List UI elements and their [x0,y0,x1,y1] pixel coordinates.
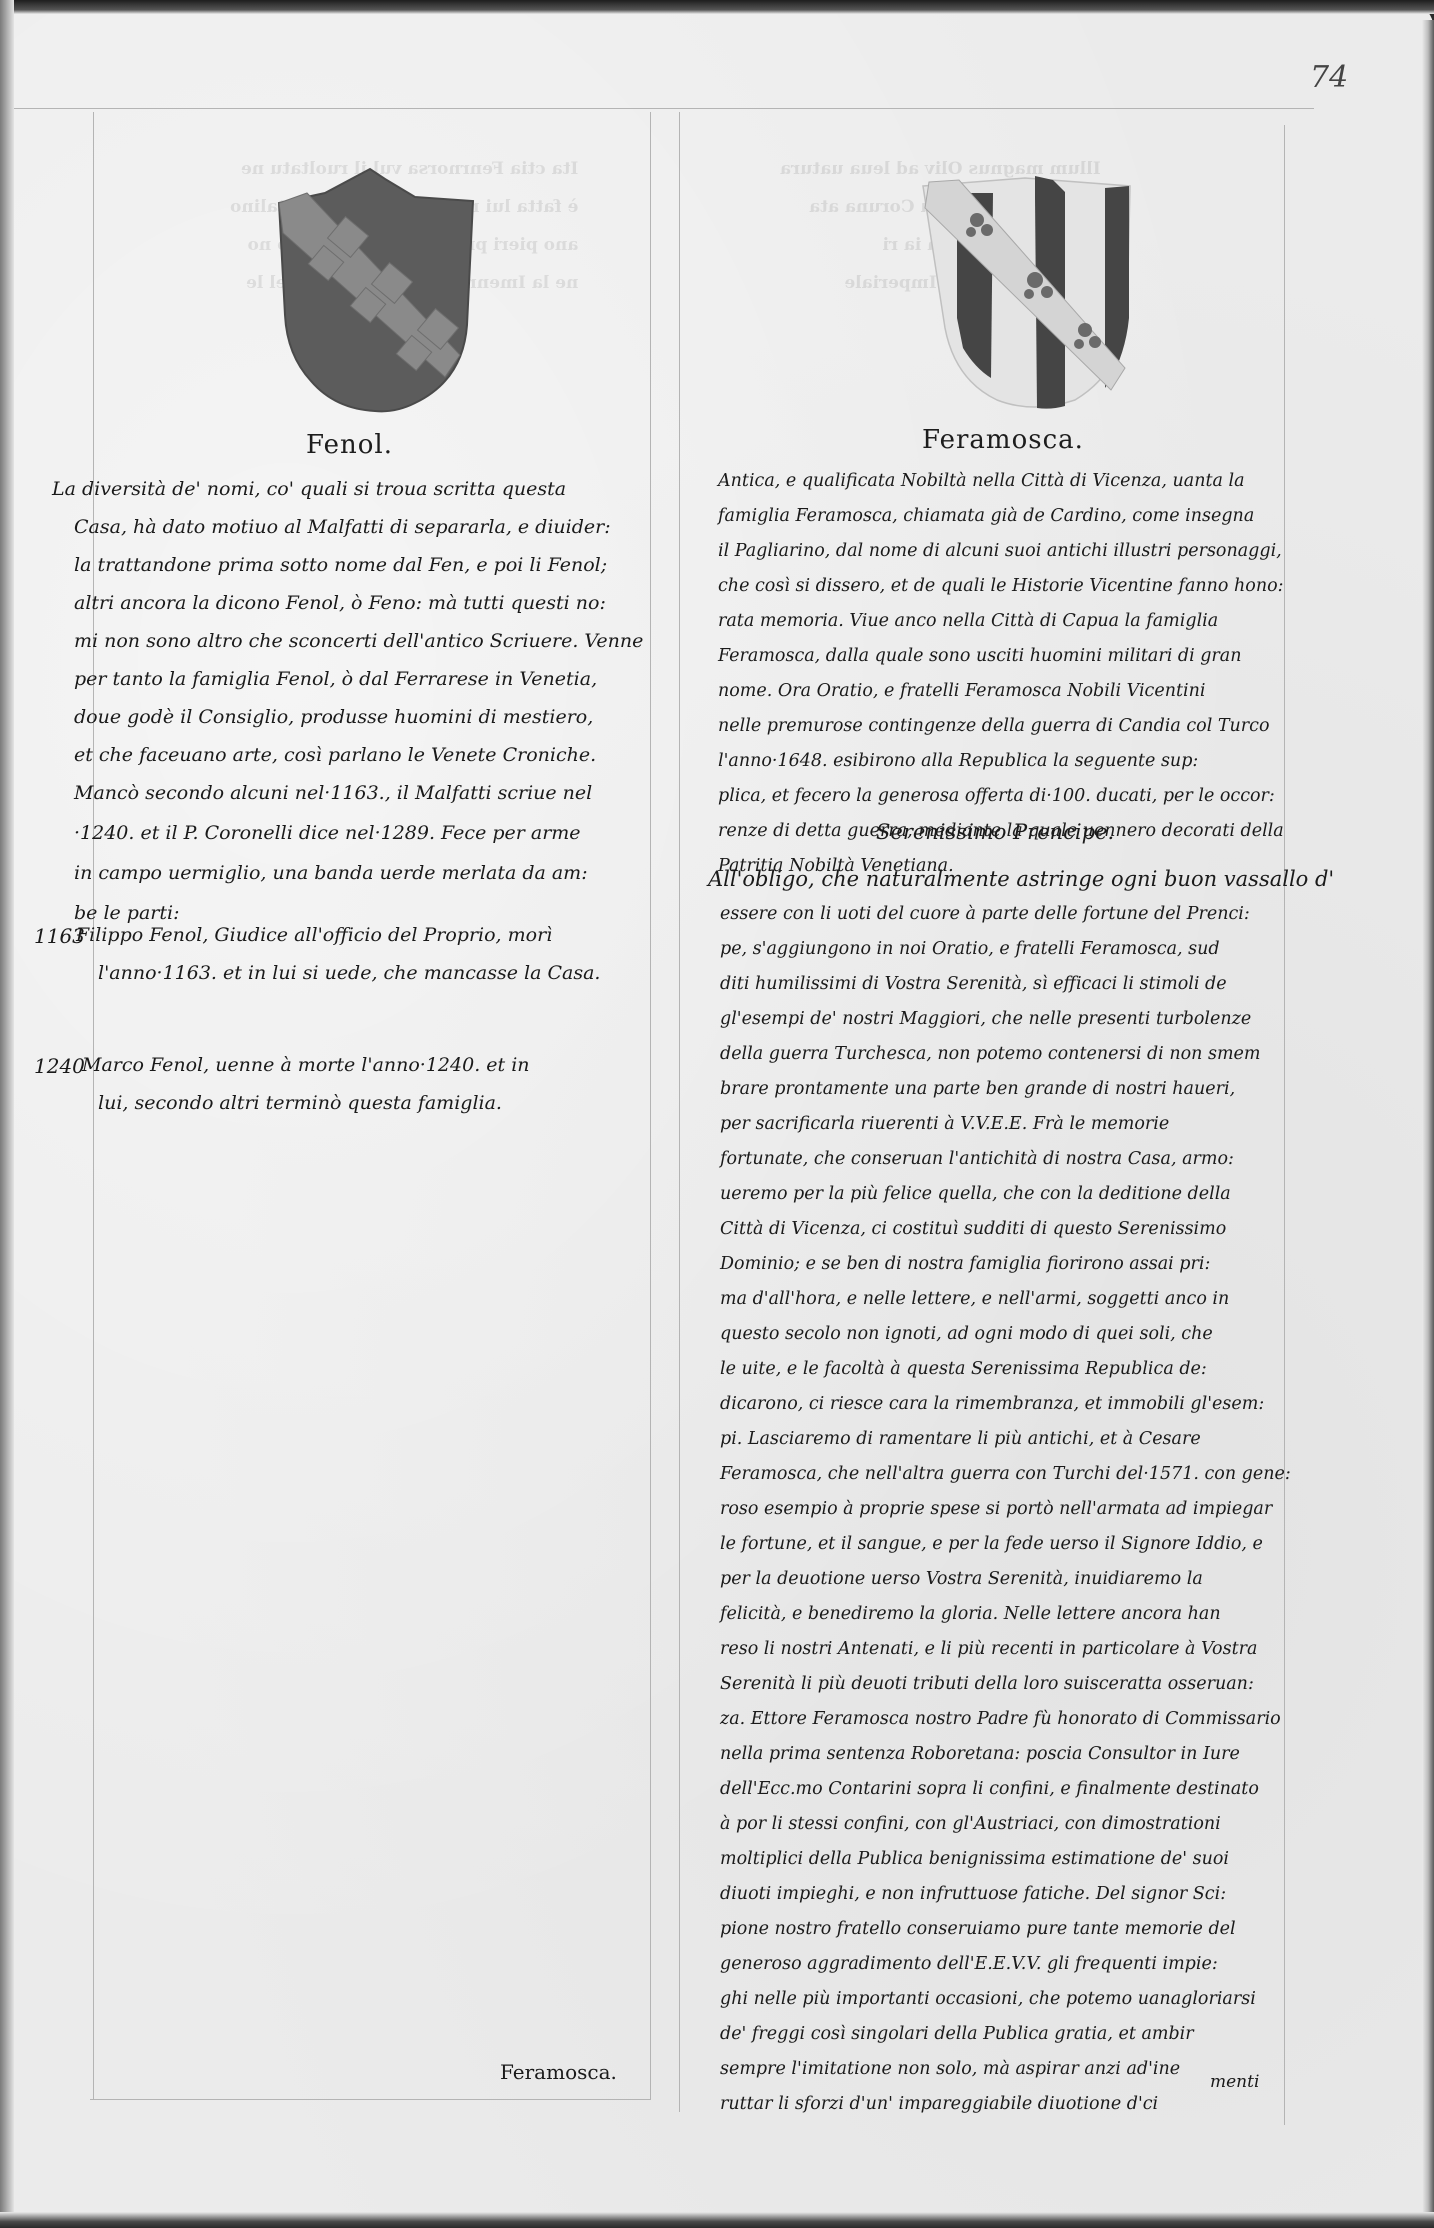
left-column-bottom-rule [90,2099,650,2100]
text-line: ruttar li sforzi d'un' impareggiabile di… [708,2087,1334,2122]
text-line: per sacrificarla riuerenti à V.V.E.E. Fr… [708,1107,1334,1142]
entry-marco-fenol: Marco Fenol, uenne à morte l'anno·1240. … [82,1046,530,1122]
text-line: Serenità li più deuoti tributi della lor… [708,1667,1334,1702]
text-line: La diversità de' nomi, co' quali si trou… [52,470,643,508]
feramosca-coat-of-arms-icon [915,168,1145,413]
catchword-left: Feramosca. [500,2060,617,2084]
text-line: Marco Fenol, uenne à morte l'anno·1240. … [82,1046,530,1084]
top-rule [14,108,1314,109]
text-line: Mancò secondo alcuni nel·1163., il Malfa… [52,774,643,814]
text-line: altri ancora la dicono Fenol, ò Feno: mà… [52,584,643,622]
text-line: Casa, hà dato motiuo al Malfatti di sepa… [52,508,643,546]
folio-number: 74 [1310,60,1348,95]
text-line: ueremo per la più felice quella, che con… [708,1177,1334,1212]
petition-text: All'obligo, che naturalmente astringe og… [708,862,1334,900]
text-line: All'obligo, che naturalmente astringe og… [708,862,1334,897]
text-line: essere con li uoti del cuore à parte del… [708,897,1334,932]
text-line: il Pagliarino, dal nome di alcuni suoi a… [718,534,1284,569]
text-line: per la deuotione uerso Vostra Serenità, … [708,1562,1334,1597]
text-line: nelle premurose contingenze della guerra… [718,709,1284,744]
text-line: Antica, e qualificata Nobiltà nella Citt… [718,464,1284,499]
text-line: l'anno·1163. et in lui si uede, che manc… [76,954,600,992]
feramosca-intro-text: Antica, e qualificata Nobiltà nella Citt… [718,464,1284,502]
text-line: gl'esempi de' nostri Maggiori, che nelle… [708,1002,1334,1037]
text-line: mi non sono altro che sconcerti dell'ant… [52,622,643,660]
text-line: et che faceuano arte, così parlano le Ve… [52,736,643,774]
text-line: pi. Lasciaremo di ramentare li più antic… [708,1422,1334,1457]
text-line: per tanto la famiglia Fenol, ò dal Ferra… [52,660,643,698]
text-line: Feramosca, che nell'altra guerra con Tur… [708,1457,1334,1492]
text-line: ma d'all'hora, e nelle lettere, e nell'a… [708,1282,1334,1317]
text-line: lui, secondo altri terminò questa famigl… [82,1084,530,1122]
manuscript-page: Ita ctia Fenrnorsa vul il ruoltatu ne è … [0,0,1434,2214]
text-line: dell'Ecc.mo Contarini sopra li confini, … [708,1772,1334,1807]
text-line: le uite, e le facoltà à questa Serenissi… [708,1352,1334,1387]
address-heading: Serenissimo Prencipe. [876,820,1114,844]
text-line: à por li stessi confini, con gl'Austriac… [708,1807,1334,1842]
scan-top-edge [0,0,1434,14]
text-line: felicità, e benediremo la gloria. Nelle … [708,1597,1334,1632]
text-line: brare prontamente una parte ben grande d… [708,1072,1334,1107]
text-line: pe, s'aggiungono in noi Oratio, e fratel… [708,932,1334,967]
text-line: roso esempio à proprie spese si portò ne… [708,1492,1334,1527]
feramosca-title: Feramosca. [922,425,1084,455]
text-line: Dominio; e se ben di nostra famiglia fio… [708,1247,1334,1282]
text-line: moltiplici della Publica benignissima es… [708,1842,1334,1877]
text-line: rata memoria. Viue anco nella Città di C… [718,604,1284,639]
text-line: che così si dissero, et de quali le Hist… [718,569,1284,604]
text-line: in campo uermiglio, una banda uerde merl… [52,854,643,894]
fenol-coat-of-arms-icon [255,165,495,415]
page-right-edge [1422,20,1434,2214]
catchword-right: menti [1210,2072,1259,2092]
text-line: diuoti impieghi, e non infruttuose fatic… [708,1877,1334,1912]
text-line: reso li nostri Antenati, e li più recent… [708,1632,1334,1667]
fenol-title: Fenol. [306,430,393,460]
text-line: dicarono, ci riesce cara la rimembranza,… [708,1387,1334,1422]
entry-year: 1240 [34,1054,85,1078]
text-line: famiglia Feramosca, chiamata già de Card… [718,499,1284,534]
text-line: doue godè il Consiglio, produsse huomini… [52,698,643,736]
text-line: Feramosca, dalla quale sono usciti huomi… [718,639,1284,674]
text-line: nella prima sentenza Roboretana: poscia … [708,1737,1334,1772]
text-line: Città di Vicenza, ci costituì sudditi di… [708,1212,1334,1247]
text-line: la trattandone prima sotto nome dal Fen,… [52,546,643,584]
scan-bottom-edge [0,2212,1434,2228]
text-line: Filippo Fenol, Giudice all'officio del P… [76,916,600,954]
fenol-body-text: La diversità de' nomi, co' quali si trou… [52,470,643,932]
text-line: fortunate, che conseruan l'antichità di … [708,1142,1334,1177]
binding-edge [0,0,14,2214]
text-line: ·1240. et il P. Coronelli dice nel·1289.… [52,814,643,854]
text-line: generoso aggradimento dell'E.E.V.V. gli … [708,1947,1334,1982]
text-line: nome. Ora Oratio, e fratelli Feramosca N… [718,674,1284,709]
text-line: della guerra Turchesca, non potemo conte… [708,1037,1334,1072]
text-line: ghi nelle più importanti occasioni, che … [708,1982,1334,2017]
text-line: questo secolo non ignoti, ad ogni modo d… [708,1317,1334,1352]
right-column-margin-rule [679,112,680,2112]
entry-filippo-fenol: Filippo Fenol, Giudice all'officio del P… [76,916,600,992]
text-line: plica, et fecero la generosa offerta di·… [718,779,1284,814]
text-line: l'anno·1648. esibirono alla Republica la… [718,744,1284,779]
text-line: de' freggi così singolari della Publica … [708,2017,1334,2052]
text-line: za. Ettore Feramosca nostro Padre fù hon… [708,1702,1334,1737]
text-line: le fortune, et il sangue, e per la fede … [708,1527,1334,1562]
text-line: diti humilissimi di Vostra Serenità, sì … [708,967,1334,1002]
column-divider-rule [650,112,651,2100]
text-line: pione nostro fratello conseruiamo pure t… [708,1912,1334,1947]
